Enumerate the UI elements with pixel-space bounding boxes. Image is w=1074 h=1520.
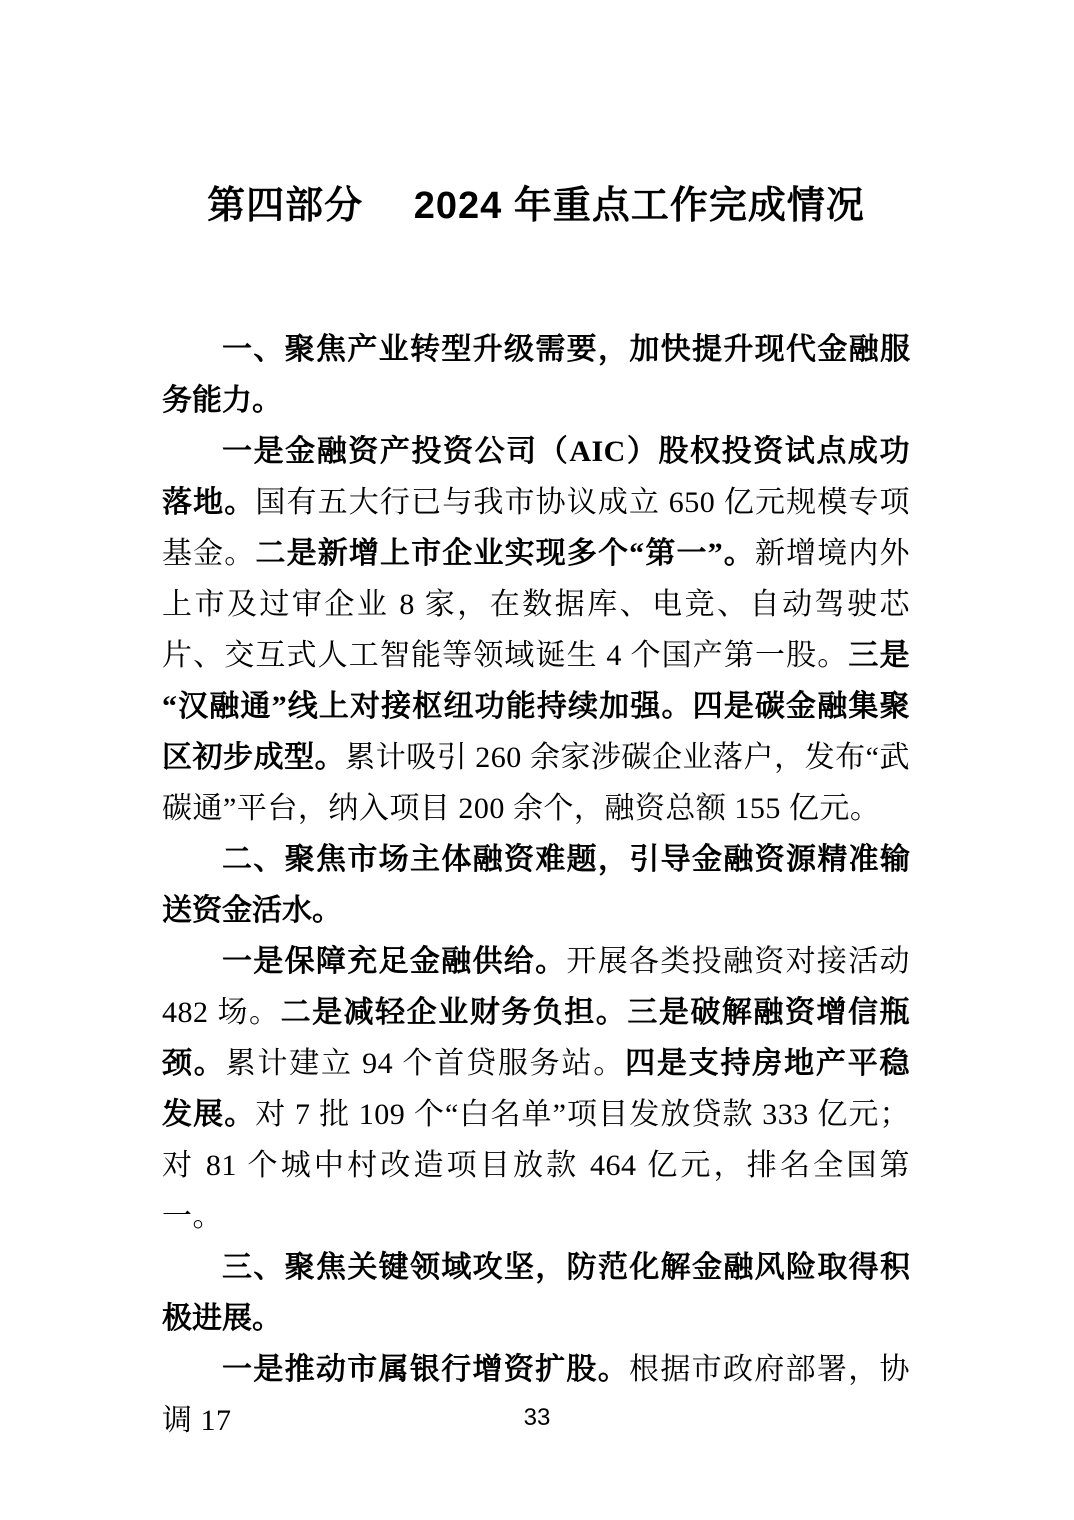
paragraph: 一是保障充足金融供给。开展各类投融资对接活动 482 场。二是减轻企业财务负担。… bbox=[162, 936, 910, 1242]
paragraph: 一是金融资产投资公司（AIC）股权投资试点成功落地。国有五大行已与我市协议成立 … bbox=[162, 426, 910, 834]
text-run: 一、聚焦产业转型升级需要，加快提升现代金融服务能力。 bbox=[162, 333, 910, 417]
page-title: 第四部分 2024 年重点工作完成情况 bbox=[162, 183, 910, 231]
document-body: 一、聚焦产业转型升级需要，加快提升现代金融服务能力。一是金融资产投资公司（AIC… bbox=[162, 324, 910, 1446]
section-heading: 二、聚焦市场主体融资难题，引导金融资源精准输送资金活水。 bbox=[162, 834, 910, 936]
text-run: 一是推动市属银行增资扩股。 bbox=[222, 1353, 629, 1386]
document-page: 第四部分 2024 年重点工作完成情况 一、聚焦产业转型升级需要，加快提升现代金… bbox=[0, 0, 1074, 1520]
page-footer: 33 bbox=[0, 1400, 1074, 1436]
section-heading: 一、聚焦产业转型升级需要，加快提升现代金融服务能力。 bbox=[162, 324, 910, 426]
text-run: 一是保障充足金融供给。 bbox=[222, 945, 566, 978]
section-heading: 三、聚焦关键领域攻坚，防范化解金融风险取得积极进展。 bbox=[162, 1242, 910, 1344]
text-run: 累计建立 94 个首贷服务站。 bbox=[226, 1047, 625, 1080]
text-run: 二是新增上市企业实现多个“第一”。 bbox=[255, 537, 754, 570]
text-run: 对 7 批 109 个“白名单”项目发放贷款 333 亿元；对 81 个城中村改… bbox=[162, 1098, 910, 1233]
text-run: 二、聚焦市场主体融资难题，引导金融资源精准输送资金活水。 bbox=[162, 843, 910, 927]
page-number: 33 bbox=[524, 1404, 551, 1431]
text-run: 三、聚焦关键领域攻坚，防范化解金融风险取得积极进展。 bbox=[162, 1251, 910, 1335]
